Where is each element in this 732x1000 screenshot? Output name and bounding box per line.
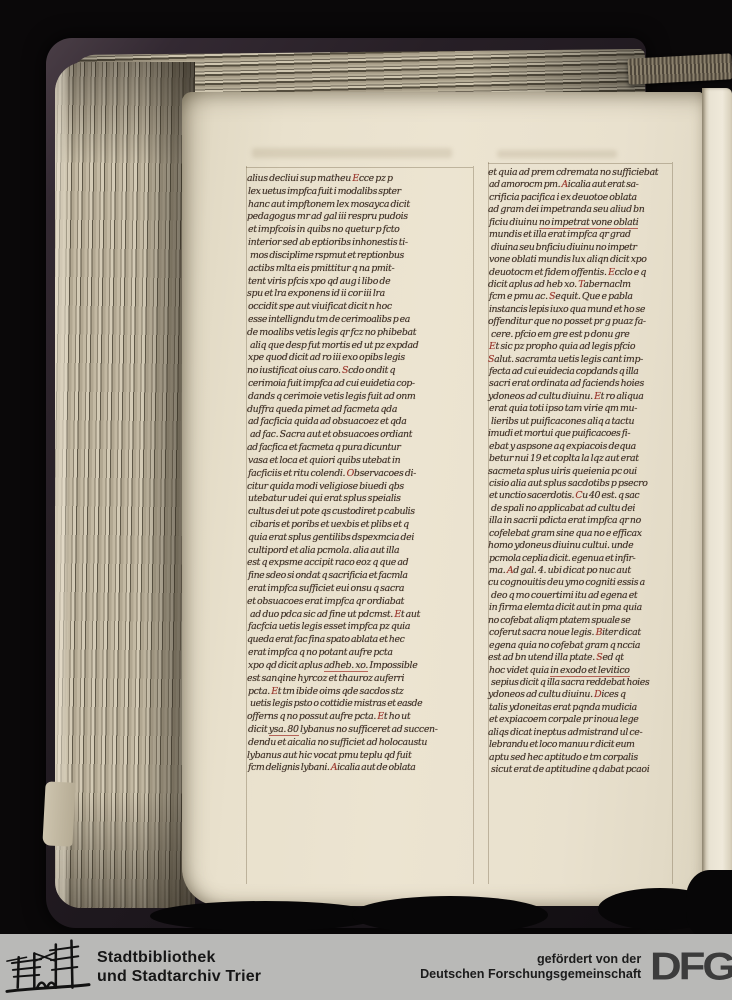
funding-line2: Deutschen Forschungsgemeinschaft (420, 967, 641, 982)
adjacent-page-edge (702, 88, 732, 904)
funding-credit: gefördert von der Deutschen Forschungsge… (420, 952, 641, 982)
text-column-right: et quia ad prem cdremata no sufficiebata… (489, 168, 679, 777)
dfg-logo: DFG (650, 945, 732, 989)
page-bottom-scallop (352, 896, 548, 934)
manuscript-photo: alius decliui sup matheu Ecce pz plex ue… (0, 0, 732, 934)
ruling-line-top-col2 (488, 163, 672, 164)
library-name-line1: Stadtbibliothek (97, 948, 420, 967)
stadtbibliothek-logo-icon (5, 936, 91, 1000)
manuscript-text-line: fcm delignis lybani. Aicalia aut de obla… (248, 763, 476, 776)
ruling-line-col1-left (246, 166, 247, 884)
show-through-smudge (252, 148, 452, 158)
page-block-head-edge (627, 53, 732, 84)
library-name: Stadtbibliothek und Stadtarchiv Trier (97, 948, 420, 986)
page-bottom-scallop (150, 901, 380, 931)
manuscript-text-line: sicut erat de aptitudine q dabat pcaoi (491, 765, 679, 777)
text-column-left: alius decliui sup matheu Ecce pz plex ue… (248, 174, 476, 776)
page-stack-left-edges (55, 62, 195, 908)
protruding-leaf-tab (42, 781, 75, 846)
show-through-smudge (497, 150, 617, 158)
library-name-line2: und Stadtarchiv Trier (97, 967, 420, 986)
funding-line1: gefördert von der (420, 952, 641, 967)
ruling-line-top-col1 (246, 167, 473, 168)
digitized-manuscript-screenshot: alius decliui sup matheu Ecce pz plex ue… (0, 0, 732, 1000)
page-bottom-scallop (686, 870, 732, 940)
footer-banner: Stadtbibliothek und Stadtarchiv Trier ge… (0, 934, 732, 1000)
